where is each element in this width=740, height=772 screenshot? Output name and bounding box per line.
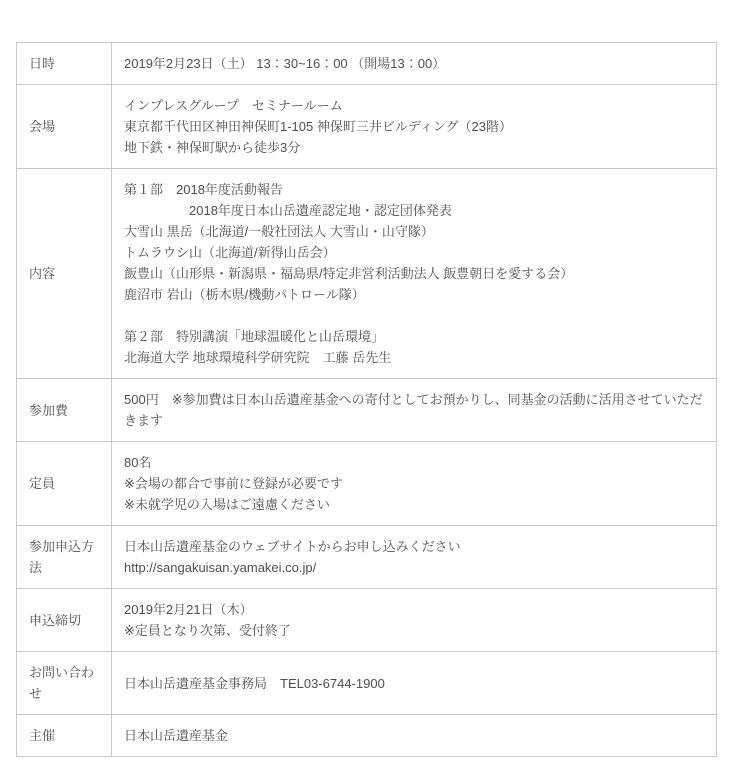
row-organizer: 主催 日本山岳遺産基金	[17, 715, 717, 757]
row-label-fee: 参加費	[17, 379, 112, 442]
row-datetime: 日時 2019年2月23日（土） 13：30~16：00 （開場13：00）	[17, 43, 717, 85]
event-info-table-body: 日時 2019年2月23日（土） 13：30~16：00 （開場13：00） 会…	[17, 43, 717, 757]
row-fee: 参加費 500円 ※参加費は日本山岳遺産基金への寄付としてお預かりし、同基金の活…	[17, 379, 717, 442]
row-value-contact: 日本山岳遺産基金事務局 TEL03-6744-1900	[112, 652, 717, 715]
page-wrapper: 日時 2019年2月23日（土） 13：30~16：00 （開場13：00） 会…	[0, 0, 740, 772]
row-value-fee: 500円 ※参加費は日本山岳遺産基金への寄付としてお預かりし、同基金の活動に活用…	[112, 379, 717, 442]
row-value-content: 第１部 2018年度活動報告 2018年度日本山岳遺産認定地・認定団体発表 大雪…	[112, 169, 717, 379]
row-value-venue: インプレスグループ セミナールーム 東京都千代田区神田神保町1-105 神保町三…	[112, 85, 717, 169]
row-value-organizer: 日本山岳遺産基金	[112, 715, 717, 757]
row-contact: お問い合わせ 日本山岳遺産基金事務局 TEL03-6744-1900	[17, 652, 717, 715]
row-label-deadline: 申込締切	[17, 589, 112, 652]
row-capacity: 定員 80名 ※会場の都合で事前に登録が必要です ※未就学児の入場はご遠慮くださ…	[17, 442, 717, 526]
row-label-capacity: 定員	[17, 442, 112, 526]
row-value-application-method: 日本山岳遺産基金のウェブサイトからお申し込みください http://sangak…	[112, 526, 717, 589]
row-label-application-method: 参加申込方法	[17, 526, 112, 589]
row-label-organizer: 主催	[17, 715, 112, 757]
event-info-table: 日時 2019年2月23日（土） 13：30~16：00 （開場13：00） 会…	[16, 42, 717, 757]
row-label-contact: お問い合わせ	[17, 652, 112, 715]
row-label-venue: 会場	[17, 85, 112, 169]
row-deadline: 申込締切 2019年2月21日（木） ※定員となり次第、受付終了	[17, 589, 717, 652]
row-value-datetime: 2019年2月23日（土） 13：30~16：00 （開場13：00）	[112, 43, 717, 85]
row-venue: 会場 インプレスグループ セミナールーム 東京都千代田区神田神保町1-105 神…	[17, 85, 717, 169]
row-value-deadline: 2019年2月21日（木） ※定員となり次第、受付終了	[112, 589, 717, 652]
row-value-capacity: 80名 ※会場の都合で事前に登録が必要です ※未就学児の入場はご遠慮ください	[112, 442, 717, 526]
row-content: 内容 第１部 2018年度活動報告 2018年度日本山岳遺産認定地・認定団体発表…	[17, 169, 717, 379]
row-application-method: 参加申込方法 日本山岳遺産基金のウェブサイトからお申し込みください http:/…	[17, 526, 717, 589]
row-label-datetime: 日時	[17, 43, 112, 85]
row-label-content: 内容	[17, 169, 112, 379]
